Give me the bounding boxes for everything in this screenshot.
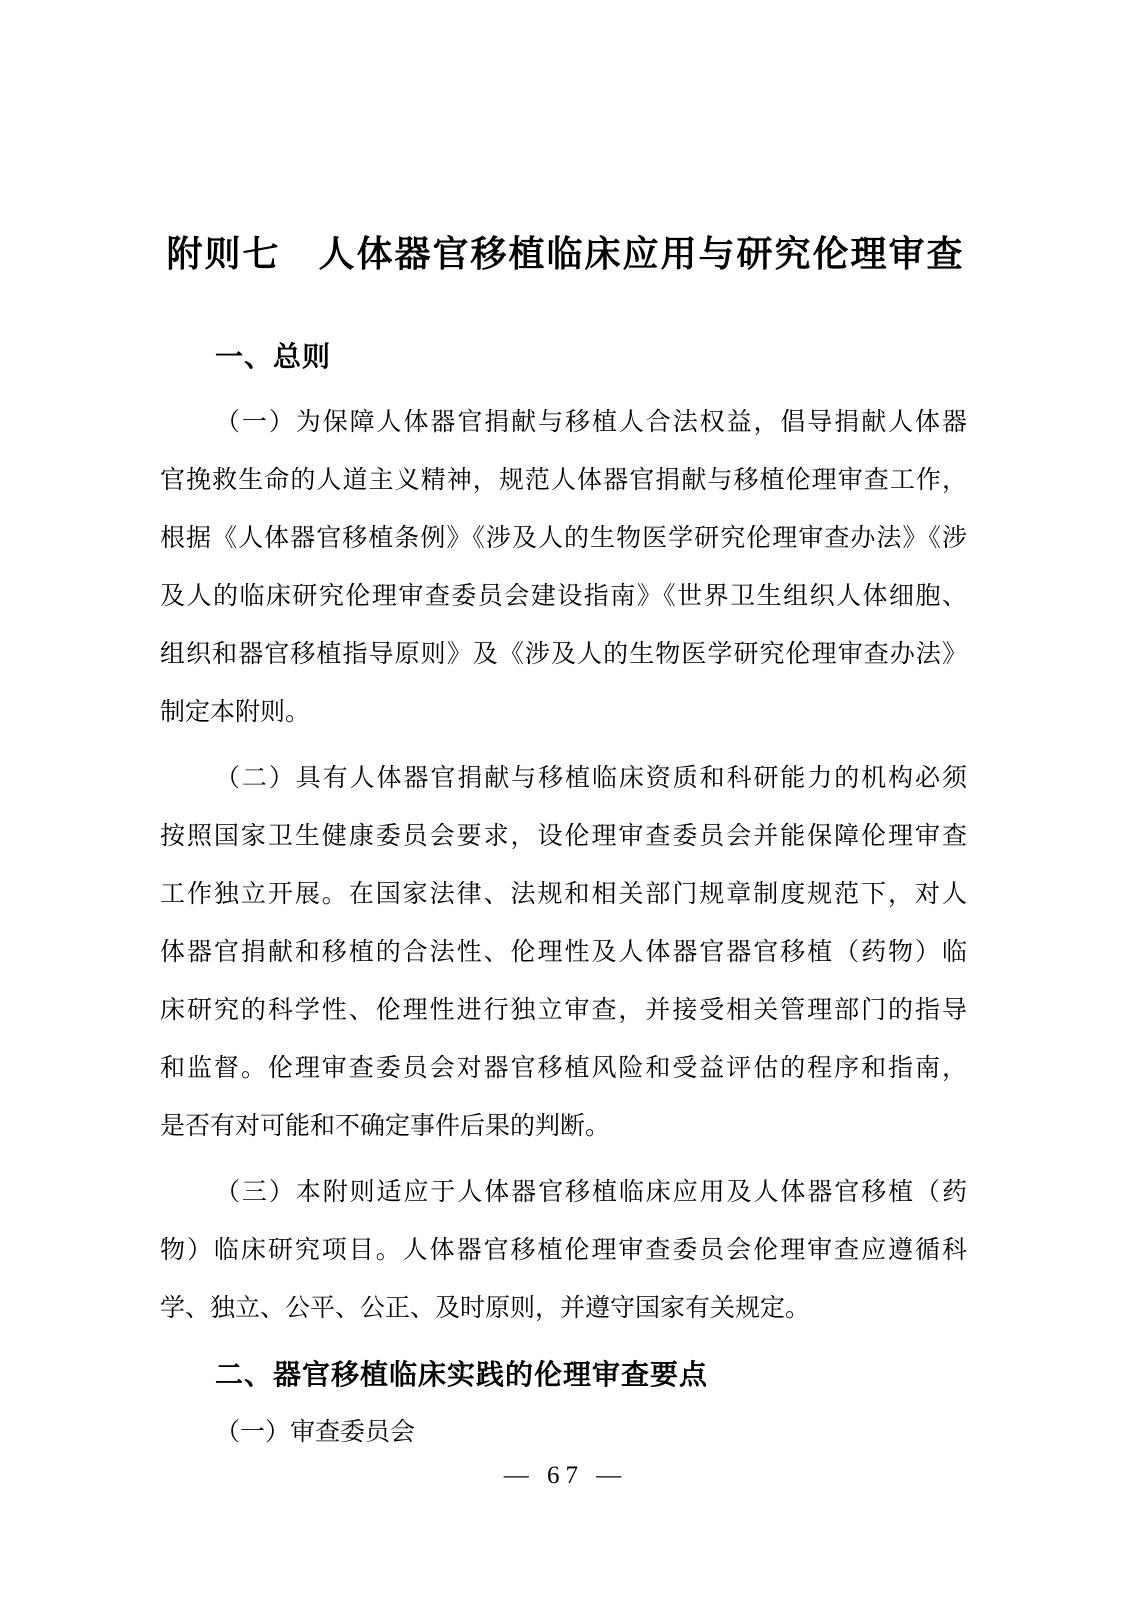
text-line: 制定本附则。: [160, 684, 967, 742]
text-line: 物）临床研究项目。人体器官移植伦理审查委员会伦理审查应遵循科: [160, 1222, 967, 1280]
page-number: — 67 —: [0, 1462, 1131, 1490]
text-line: 根据《人体器官移植条例》《涉及人的生物医学研究伦理审查办法》《涉: [160, 510, 967, 568]
paragraph-3: （三）本附则适应于人体器官移植临床应用及人体器官移植（药 物）临床研究项目。人体…: [160, 1164, 967, 1338]
document-page: 附则七 人体器官移植临床应用与研究伦理审查 一、总则 （一）为保障人体器官捐献与…: [0, 0, 1131, 1600]
text-line: 及人的临床研究伦理审查委员会建设指南》《世界卫生组织人体细胞、: [160, 568, 967, 626]
text-line: 体器官捐献和移植的合法性、伦理性及人体器官器官移植（药物）临: [160, 924, 967, 982]
text-line: 按照国家卫生健康委员会要求，设伦理审查委员会并能保障伦理审查: [160, 808, 967, 866]
section-heading-general-rules: 一、总则: [160, 328, 967, 386]
paragraph-1: （一）为保障人体器官捐献与移植人合法权益，倡导捐献人体器 官挽救生命的人道主义精…: [160, 394, 967, 742]
subsection-heading-review-committee: （一）审查委员会: [160, 1404, 967, 1462]
paragraph-2: （二）具有人体器官捐献与移植临床资质和科研能力的机构必须 按照国家卫生健康委员会…: [160, 750, 967, 1156]
text-line: 是否有对可能和不确定事件后果的判断。: [160, 1098, 967, 1156]
text-line: （三）本附则适应于人体器官移植临床应用及人体器官移植（药: [160, 1164, 967, 1222]
text-line: 和监督。伦理审查委员会对器官移植风险和受益评估的程序和指南，: [160, 1040, 967, 1098]
section-heading-review-points: 二、器官移植临床实践的伦理审查要点: [160, 1346, 967, 1404]
page-title: 附则七 人体器官移植临床应用与研究伦理审查: [0, 226, 1131, 277]
text-line: （一）为保障人体器官捐献与移植人合法权益，倡导捐献人体器: [160, 394, 967, 452]
text-line: 工作独立开展。在国家法律、法规和相关部门规章制度规范下，对人: [160, 866, 967, 924]
document-body: 一、总则 （一）为保障人体器官捐献与移植人合法权益，倡导捐献人体器 官挽救生命的…: [160, 328, 967, 1462]
text-line: 官挽救生命的人道主义精神，规范人体器官捐献与移植伦理审查工作，: [160, 452, 967, 510]
text-line: 组织和器官移植指导原则》及《涉及人的生物医学研究伦理审查办法》: [160, 626, 967, 684]
text-line: 学、独立、公平、公正、及时原则，并遵守国家有关规定。: [160, 1280, 967, 1338]
text-line: 床研究的科学性、伦理性进行独立审查，并接受相关管理部门的指导: [160, 982, 967, 1040]
text-line: （二）具有人体器官捐献与移植临床资质和科研能力的机构必须: [160, 750, 967, 808]
